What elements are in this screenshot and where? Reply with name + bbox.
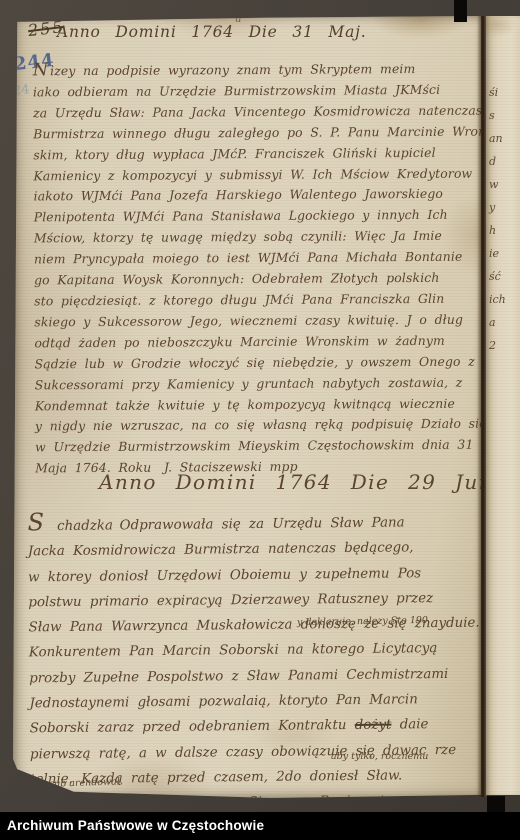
next-page-edge: śisandwyhieśćicha2 <box>486 16 520 795</box>
manuscript-line: niem Pryncypała moiego to iest WJMći Pan… <box>34 247 477 271</box>
manuscript-line: Burmistrza winnego długu zaległego po S.… <box>33 121 476 145</box>
faint-folio-number: 24 <box>12 82 30 98</box>
manuscript-line: w Urzędzie Burmistrzowskim Mieyskim Częs… <box>35 435 478 459</box>
page-fragment-text: a <box>489 316 496 330</box>
page-fragment-text: w <box>489 178 498 192</box>
page-fragment-text: s <box>489 109 495 123</box>
manuscript-page: 255 244 24 u Anno Domini 1764 Die 31 Maj… <box>13 16 481 798</box>
manuscript-line: Nizey na podpisie wyrazony znam tym Skry… <box>33 58 476 83</box>
page-fragment-text: 2 <box>489 339 496 353</box>
manuscript-line: iakoto WJMći Pana Jozefa Harskiego Walen… <box>33 184 476 208</box>
manuscript-line: Sukcessorami przy Kamienicy y gruntach n… <box>35 372 478 396</box>
interlinear-note: aby tylko, rocznemu <box>331 751 428 762</box>
lead-capital: S <box>27 508 46 536</box>
archive-footer-bar: Archiwum Państwowe w Częstochowie <box>0 812 520 840</box>
struck-word: dożyt <box>355 718 392 733</box>
manuscript-line: Sądzie lub w Grodzie włoczyć się niebędz… <box>35 351 478 375</box>
manuscript-line: y nigdy nie wzruszac, na co się własną r… <box>35 414 478 438</box>
manuscript-line: skiego y Sukcessorow Jego, wiecznemi cza… <box>34 310 477 334</box>
page-fragment-text: ść <box>489 270 501 284</box>
scan-backdrop: 255 244 24 u Anno Domini 1764 Die 31 Maj… <box>0 0 520 812</box>
manuscript-line: Plenipotenta WJMći Pana Stanisława Lgock… <box>34 205 477 229</box>
entry1-body: Nizey na podpisie wyrazony znam tym Skry… <box>33 58 479 480</box>
archive-name-label: Archiwum Państwowe w Częstochowie <box>7 818 264 833</box>
manuscript-line: Mściow, ktorzy tę uwagę między sobą czyn… <box>34 226 477 250</box>
manuscript-line: za Urzędu Sław: Pana Jacka Vincentego Ko… <box>33 100 476 124</box>
entry2-heading: Anno Domini 1764 Die 29 Junij <box>99 470 508 494</box>
entry2-body: Schadzka Odprawowała się za Urzędu Sław … <box>27 506 480 818</box>
page-fragment-text: h <box>489 224 496 238</box>
page-fragment-text: an <box>489 132 503 146</box>
interlinear-note: y deklaruie. nalezy Sto 190 <box>297 615 428 628</box>
page-fragment-text: śi <box>489 86 498 100</box>
manuscript-line: sto pięcdziesiąt. z ktorego długu JMći P… <box>34 289 477 313</box>
manuscript-line: go Kapitana Woysk Koronnych: Odebrałem Z… <box>34 268 477 292</box>
manuscript-line: Kamienicy z kompozycyi y submissyi W. Ic… <box>33 163 476 187</box>
manuscript-line: iako odbieram na Urzędzie Burmistrzowski… <box>33 80 476 104</box>
manuscript-line: Schadzka Odprawowała się za Urzędu Sław … <box>27 506 477 540</box>
manuscript-line: odtąd żaden po nieboszczyku Marcinie Wro… <box>34 330 477 354</box>
spine-notch-bottom <box>487 796 505 813</box>
lead-capital: N <box>33 60 48 80</box>
entry1-heading: Anno Domini 1764 Die 31 Maj. <box>57 23 366 41</box>
manuscript-line: skim, ktory dług wypłaca JMćP. Francisze… <box>33 142 476 166</box>
page-fragment-text: d <box>489 155 496 169</box>
page-fragment-text: ie <box>489 247 499 261</box>
page-fragment-text: ich <box>489 293 506 307</box>
spine-notch-top <box>454 0 467 22</box>
page-fragment-text: y <box>489 201 495 215</box>
manuscript-line: Kondemnat także kwituie y tę kompozycyą … <box>35 393 478 417</box>
